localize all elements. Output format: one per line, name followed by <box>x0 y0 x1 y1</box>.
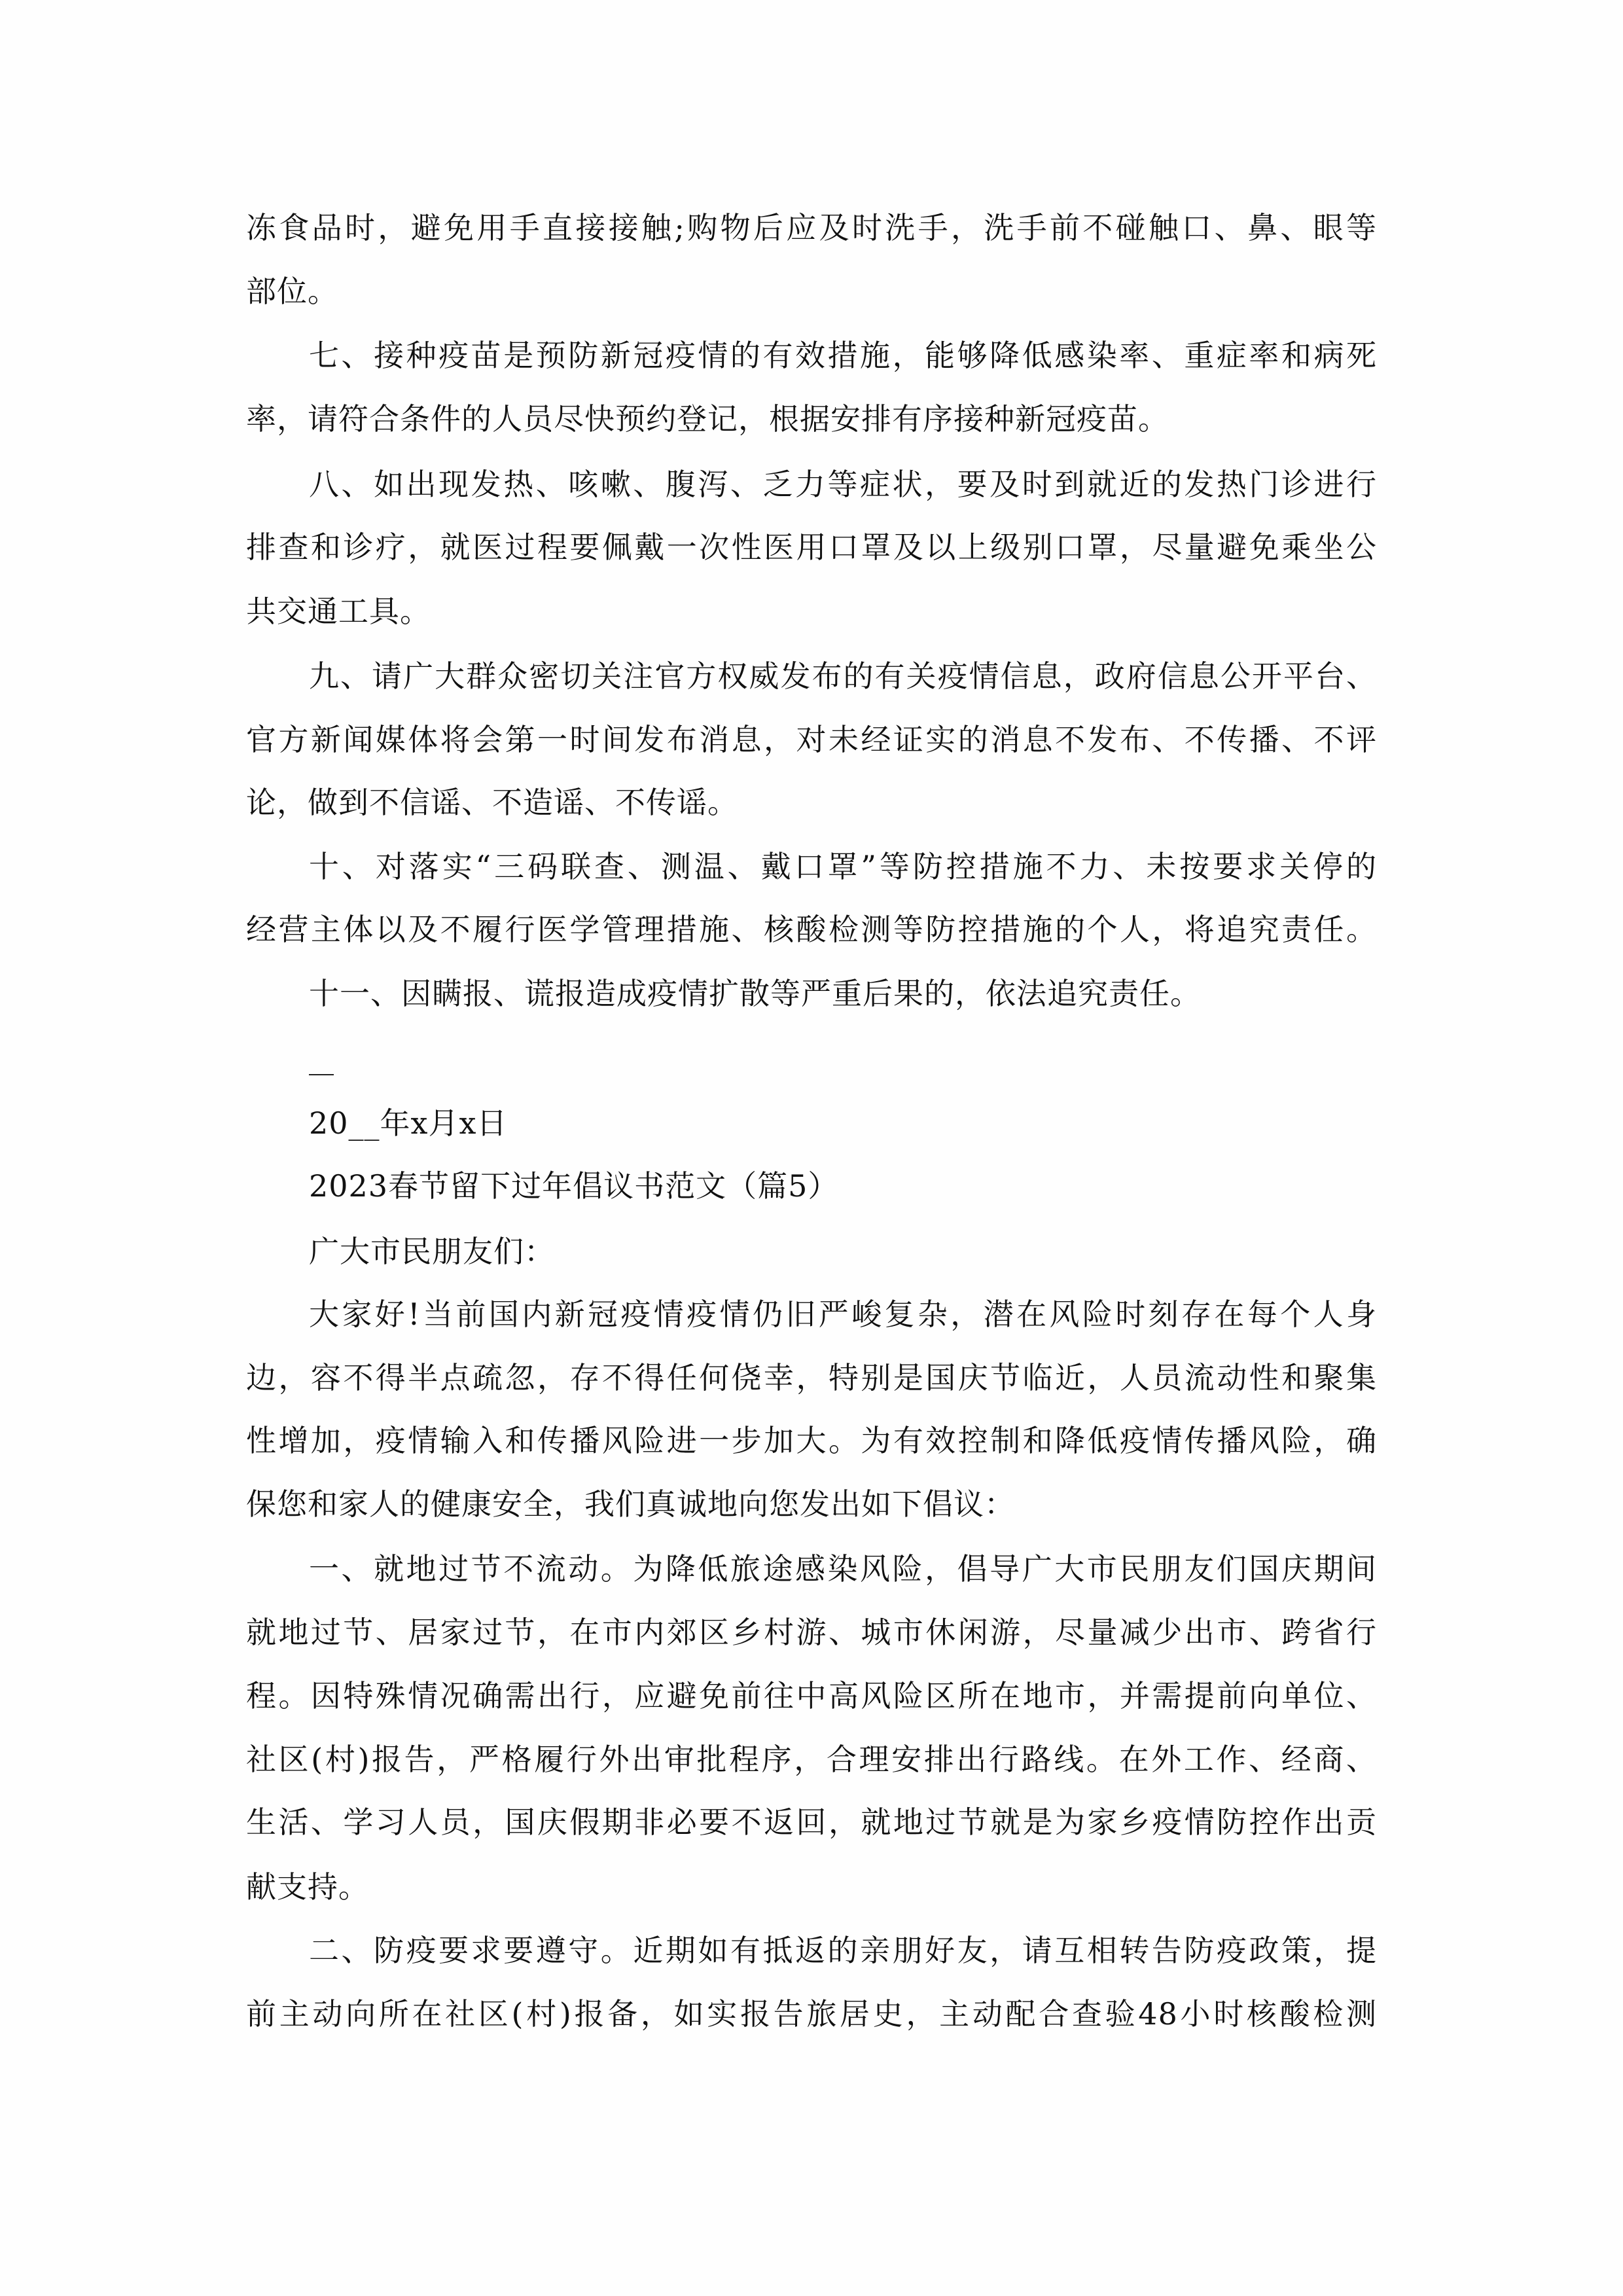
separator-dash <box>309 1074 334 1075</box>
paragraph-line: 共交通工具。 <box>246 592 1377 631</box>
paragraph-line-item-9: 九、请广大群众密切关注官方权威发布的有关疫情信息，政府信息公开平台、 <box>309 656 1377 696</box>
paragraph-line: 就地过节、居家过节，在市内郊区乡村游、城市休闲游，尽量减少出市、跨省行 <box>246 1613 1377 1652</box>
paragraph-line: 官方新闻媒体将会第一时间发布消息，对未经证实的消息不发布、不传播、不评 <box>246 720 1377 759</box>
paragraph-line: 保您和家人的健康安全，我们真诚地向您发出如下倡议： <box>246 1484 1377 1524</box>
paragraph-line: 程。因特殊情况确需出行，应避免前往中高风险区所在地市，并需提前向单位、 <box>246 1676 1377 1715</box>
paragraph-line: 边，容不得半点疏忽，存不得任何侥幸，特别是国庆节临近，人员流动性和聚集 <box>246 1358 1377 1397</box>
paragraph-line-item-1: 一、就地过节不流动。为降低旅途感染风险，倡导广大市民朋友们国庆期间 <box>309 1549 1377 1588</box>
paragraph-line: 率，请符合条件的人员尽快预约登记，根据安排有序接种新冠疫苗。 <box>246 399 1377 439</box>
paragraph-line-item-2: 二、防疫要求要遵守。近期如有抵返的亲朋好友，请互相转告防疫政策，提 <box>309 1931 1377 1970</box>
paragraph-line: 献支持。 <box>246 1867 1377 1907</box>
document-page: 冻食品时，避免用手直接接触;购物后应及时洗手，洗手前不碰触口、鼻、眼等 部位。 … <box>0 0 1623 2296</box>
paragraph-line-item-7: 七、接种疫苗是预防新冠疫情的有效措施，能够降低感染率、重症率和病死 <box>309 336 1377 375</box>
salutation: 广大市民朋友们： <box>309 1232 1377 1271</box>
paragraph-line: 部位。 <box>246 272 1377 311</box>
paragraph-line: 性增加，疫情输入和传播风险进一步加大。为有效控制和降低疫情传播风险，确 <box>246 1421 1377 1460</box>
section-title: 2023春节留下过年倡议书范文（篇5） <box>309 1166 1377 1206</box>
paragraph-line-item-10: 十、对落实“三码联查、测温、戴口罩”等防控措施不力、未按要求关停的 <box>309 847 1377 886</box>
paragraph-line-item-8: 八、如出现发热、咳嗽、腹泻、乏力等症状，要及时到就近的发热门诊进行 <box>309 465 1377 504</box>
paragraph-line: 社区(村)报告，严格履行外出审批程序，合理安排出行路线。在外工作、经商、 <box>246 1740 1377 1779</box>
date-line: 20__年x月x日 <box>309 1103 1377 1143</box>
paragraph-line: 论，做到不信谣、不造谣、不传谣。 <box>246 783 1377 822</box>
paragraph-line: 排查和诊疗，就医过程要佩戴一次性医用口罩及以上级别口罩，尽量避免乘坐公 <box>246 528 1377 567</box>
paragraph-line: 生活、学习人员，国庆假期非必要不返回，就地过节就是为家乡疫情防控作出贡 <box>246 1803 1377 1842</box>
paragraph-line-item-11: 十一、因瞒报、谎报造成疫情扩散等严重后果的，依法追究责任。 <box>309 974 1377 1013</box>
paragraph-line: 冻食品时，避免用手直接接触;购物后应及时洗手，洗手前不碰触口、鼻、眼等 <box>246 208 1377 247</box>
paragraph-line-intro: 大家好!当前国内新冠疫情疫情仍旧严峻复杂，潜在风险时刻存在每个人身 <box>309 1295 1377 1334</box>
paragraph-line: 经营主体以及不履行医学管理措施、核酸检测等防控措施的个人，将追究责任。 <box>246 910 1377 949</box>
paragraph-line: 前主动向所在社区(村)报备，如实报告旅居史，主动配合查验48小时核酸检测 <box>246 1994 1377 2034</box>
